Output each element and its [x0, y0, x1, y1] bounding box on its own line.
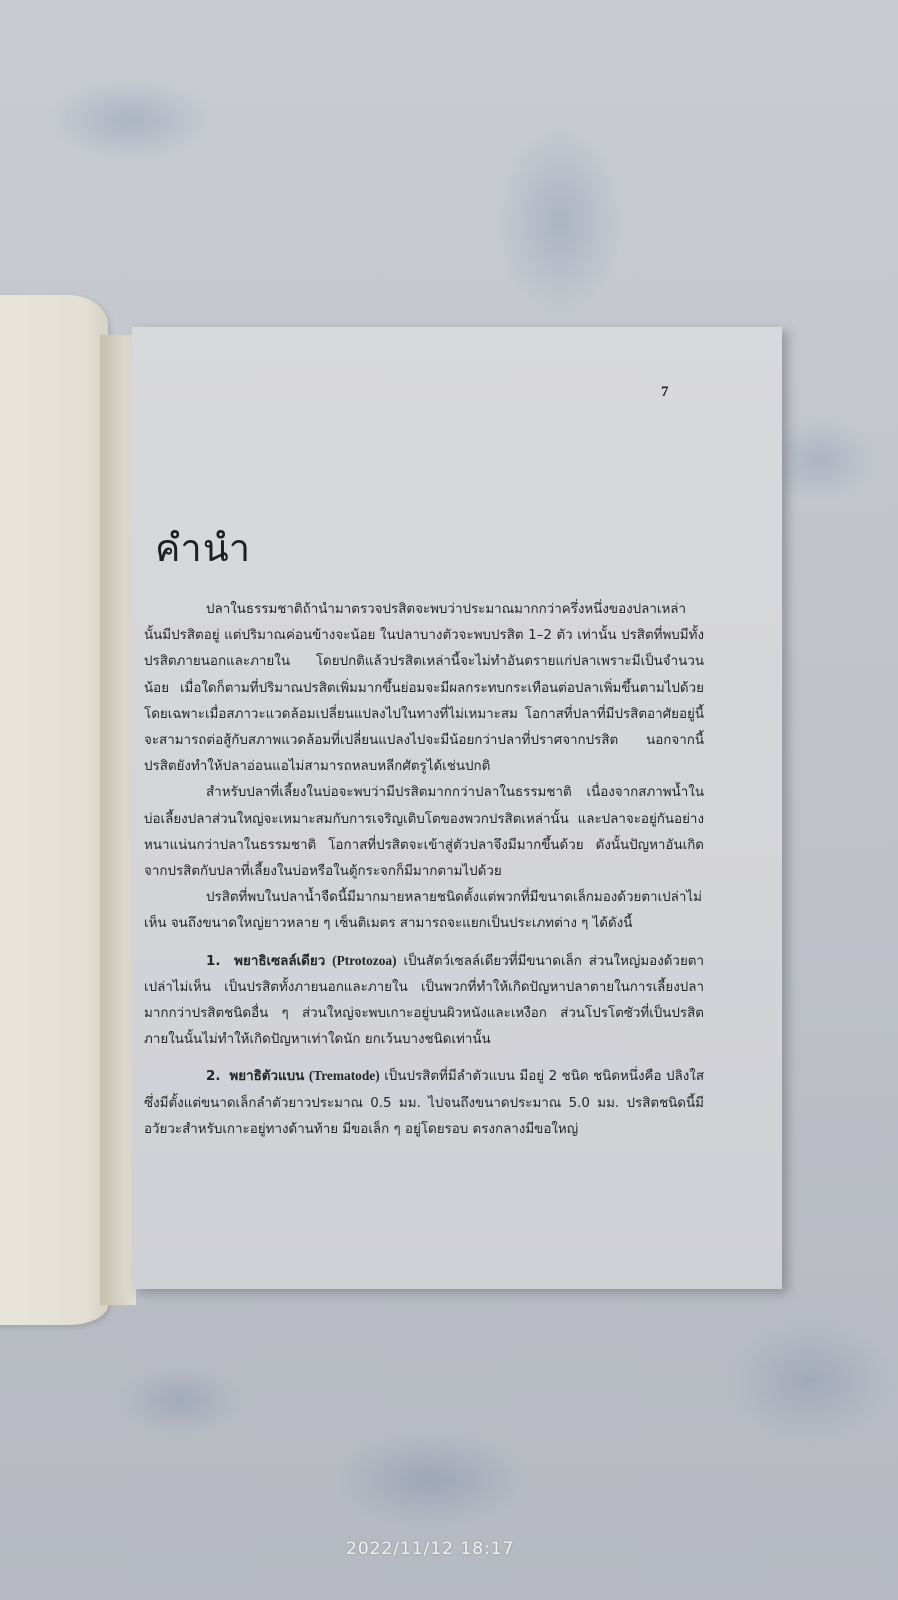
item-latin-name: (Ptrotozoa) — [332, 953, 396, 968]
item-number: 1. — [206, 954, 220, 969]
right-page: 7 คำนำ ปลาในธรรมชาติถ้านำมาตรวจปรสิตจะพบ… — [132, 327, 782, 1289]
book-gutter — [100, 335, 136, 1305]
item-text: เป็นปรสิตที่มีลำตัวแบน มีอยู่ 2 ชนิด ชนิ… — [144, 1069, 704, 1136]
page-title: คำนำ — [155, 517, 251, 578]
item-number: 2. — [206, 1069, 220, 1084]
paragraph: ปลาในธรรมชาติถ้านำมาตรวจปรสิตจะพบว่าประม… — [144, 597, 704, 780]
page-number: 7 — [661, 384, 669, 401]
item-text: เป็นสัตว์เซลล์เดียวที่มีขนาดเล็ก ส่วนใหญ… — [144, 954, 704, 1048]
item-heading: พยาธิตัวแบน — [229, 1069, 304, 1084]
item-latin-name: (Trematode) — [309, 1068, 380, 1083]
paragraph: สำหรับปลาที่เลี้ยงในบ่อจะพบว่ามีปรสิตมาก… — [144, 780, 704, 885]
left-page: มง นา ใช้ — [0, 295, 108, 1325]
list-item: 1. พยาธิเซลล์เดียว (Ptrotozoa) เป็นสัตว์… — [144, 948, 704, 1054]
body-text: ปลาในธรรมชาติถ้านำมาตรวจปรสิตจะพบว่าประม… — [144, 597, 704, 1143]
paragraph: ปรสิตที่พบในปลาน้ำจืดนี้มีมากมายหลายชนิด… — [144, 885, 704, 937]
photo-timestamp: 2022/11/12 18:17 — [346, 1539, 514, 1559]
item-heading: พยาธิเซลล์เดียว — [234, 954, 325, 969]
left-page-text-fragment: นา — [0, 619, 1, 646]
list-item: 2. พยาธิตัวแบน (Trematode) เป็นปรสิตที่ม… — [144, 1063, 704, 1143]
